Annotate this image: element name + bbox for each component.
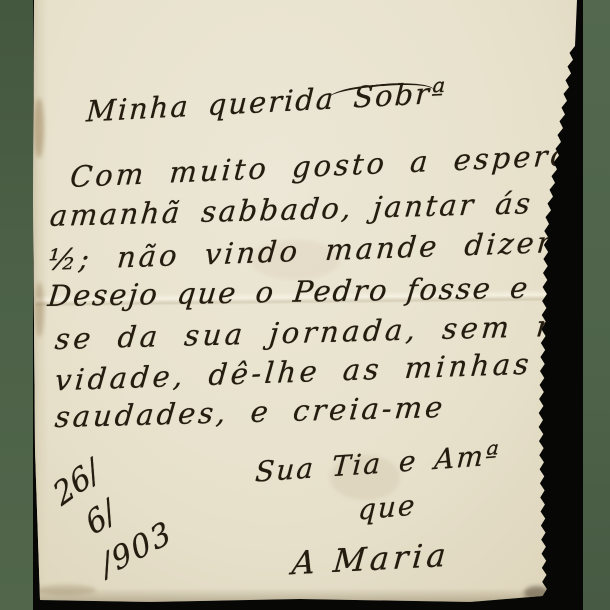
- body-line: Com muito gosto a espero: [69, 141, 572, 192]
- closing-line: que: [357, 491, 417, 524]
- background-right-band: [583, 0, 610, 610]
- paper-stain: [35, 282, 44, 337]
- body-line: vidade, dê-lhe as minhas: [54, 350, 533, 396]
- letter-paper: Minha querida Sobrª Com muito gosto a es…: [0, 0, 610, 610]
- date-part: 6/: [81, 496, 121, 541]
- body-line: amanhã sabbado, jantar ás 6: [49, 188, 575, 231]
- signature: A Maria: [291, 539, 451, 579]
- letter-photo: Minha querida Sobrª Com muito gosto a es…: [0, 0, 610, 610]
- body-line: ½; não vindo mande dizer: [47, 228, 555, 275]
- paper-stain: [34, 98, 44, 158]
- paper-bottom-shadow: [33, 588, 553, 604]
- closing-line: Sua Tia e Amª: [254, 441, 501, 486]
- body-line: Desejo que o Pedro fosse e vies-: [47, 272, 610, 311]
- body-line: saudades, e creia-me: [54, 393, 447, 432]
- background-left-band: [0, 0, 33, 610]
